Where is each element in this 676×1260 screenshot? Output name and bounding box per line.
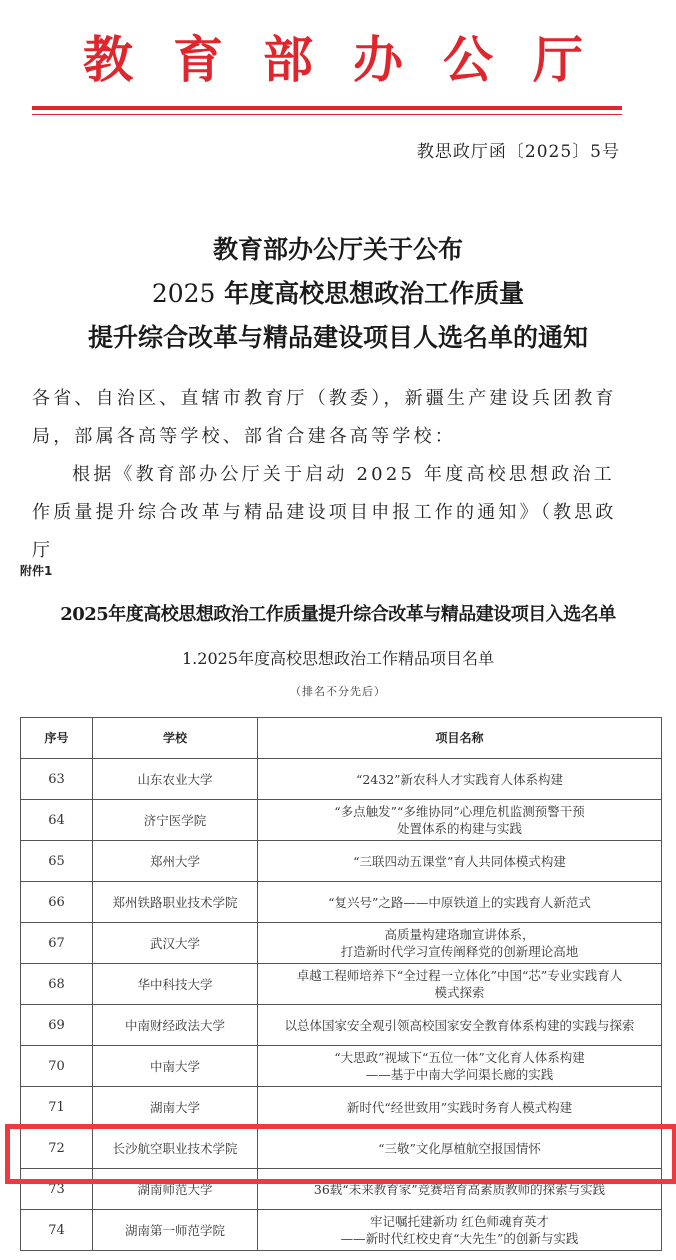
project-line: 高质量构建珞珈宣讲体系， (262, 926, 657, 943)
project-line: “多点触发”“多维协同”心理危机监测预警干预 (262, 803, 657, 820)
notice-body: 各省、自治区、直辖市教育厅（教委），新疆生产建设兵团教育局，部属各高等学校、部省… (32, 380, 622, 570)
project-line: 牢记嘱托建新功 红色师魂育英才 (262, 1213, 657, 1230)
row-school: 湖南师范大学 (93, 1169, 258, 1210)
title-year: 2025 (152, 279, 216, 308)
row-number: 69 (21, 1005, 93, 1046)
header-number: 序号 (21, 718, 93, 759)
title-line-2: 2025 年度高校思想政治工作质量 (0, 272, 676, 316)
body-paragraph: 根据《教育部办公厅关于启动 2025 年度高校思想政治工作质量提升综合改革与精品… (32, 456, 622, 570)
project-line: 打造新时代学习宣传阐释党的创新理论高地 (262, 943, 657, 960)
masthead-rule-thin (32, 114, 622, 115)
row-number: 67 (21, 923, 93, 964)
project-line: 新时代“经世致用”实践时务育人模式构建 (262, 1099, 657, 1116)
project-line: 36载“未来教育家”竞赛培育高素质教师的探索与实践 (262, 1181, 657, 1198)
masthead-rule-thick (32, 106, 622, 110)
project-line: “三敬”文化厚植航空报国情怀 (262, 1140, 657, 1157)
row-number: 73 (21, 1169, 93, 1210)
table-row: 67武汉大学高质量构建珞珈宣讲体系，打造新时代学习宣传阐释党的创新理论高地 (21, 923, 662, 964)
row-project: “2432”新农科人才实践育人体系构建 (258, 759, 662, 800)
row-project: “复兴号”之路——中原铁道上的实践育人新范式 (258, 882, 662, 923)
table-row: 64济宁医学院“多点触发”“多维协同”心理危机监测预警干预处置体系的构建与实践 (21, 800, 662, 841)
table-row: 71湖南大学新时代“经世致用”实践时务育人模式构建 (21, 1087, 662, 1128)
project-line: 卓越工程师培养下“全过程一立体化”中国“芯”专业实践育人 (262, 967, 657, 984)
masthead-title: 教育部办公厅 (0, 30, 676, 90)
row-project: 以总体国家安全观引领高校国家安全教育体系构建的实践与探索 (258, 1005, 662, 1046)
row-school: 郑州大学 (93, 841, 258, 882)
row-number: 66 (21, 882, 93, 923)
row-school: 长沙航空职业技术学院 (93, 1128, 258, 1169)
row-number: 68 (21, 964, 93, 1005)
row-school: 华中科技大学 (93, 964, 258, 1005)
row-project: 高质量构建珞珈宣讲体系，打造新时代学习宣传阐释党的创新理论高地 (258, 923, 662, 964)
row-project: “大思政”视域下“五位一体”文化育人体系构建——基于中南大学问渠长廊的实践 (258, 1046, 662, 1087)
attachment-subtitle: 1.2025年度高校思想政治工作精品项目名单 (0, 646, 676, 669)
project-line: ——基于中南大学问渠长廊的实践 (262, 1066, 657, 1083)
row-project: 卓越工程师培养下“全过程一立体化”中国“芯”专业实践育人模式探索 (258, 964, 662, 1005)
row-number: 65 (21, 841, 93, 882)
row-number: 72 (21, 1128, 93, 1169)
table-row: 63山东农业大学“2432”新农科人才实践育人体系构建 (21, 759, 662, 800)
table-row: 73湖南师范大学36载“未来教育家”竞赛培育高素质教师的探索与实践 (21, 1169, 662, 1210)
row-school: 湖南大学 (93, 1087, 258, 1128)
table-header-row: 序号 学校 项目名称 (21, 718, 662, 759)
table-row: 66郑州铁路职业技术学院“复兴号”之路——中原铁道上的实践育人新范式 (21, 882, 662, 923)
notice-title: 教育部办公厅关于公布 2025 年度高校思想政治工作质量 提升综合改革与精品建设… (0, 228, 676, 360)
project-line: 模式探索 (262, 984, 657, 1001)
table-row-highlighted: 72长沙航空职业技术学院“三敬”文化厚植航空报国情怀 (21, 1128, 662, 1169)
header-school: 学校 (93, 718, 258, 759)
addressee: 各省、自治区、直辖市教育厅（教委），新疆生产建设兵团教育局，部属各高等学校、部省… (32, 380, 622, 456)
project-line: “复兴号”之路——中原铁道上的实践育人新范式 (262, 894, 657, 911)
title-line-1: 教育部办公厅关于公布 (0, 228, 676, 272)
row-school: 济宁医学院 (93, 800, 258, 841)
table-row: 70中南大学“大思政”视域下“五位一体”文化育人体系构建——基于中南大学问渠长廊… (21, 1046, 662, 1087)
project-line: “三联四动五课堂”育人共同体模式构建 (262, 853, 657, 870)
row-number: 63 (21, 759, 93, 800)
row-school: 中南财经政法大学 (93, 1005, 258, 1046)
project-line: “2432”新农科人才实践育人体系构建 (262, 771, 657, 788)
row-project: “三联四动五课堂”育人共同体模式构建 (258, 841, 662, 882)
project-line: 处置体系的构建与实践 (262, 820, 657, 837)
title-line-2-text: 年度高校思想政治工作质量 (215, 279, 524, 308)
title-line-3: 提升综合改革与精品建设项目人选名单的通知 (0, 316, 676, 360)
row-school: 山东农业大学 (93, 759, 258, 800)
row-project: 36载“未来教育家”竞赛培育高素质教师的探索与实践 (258, 1169, 662, 1210)
row-school: 郑州铁路职业技术学院 (93, 882, 258, 923)
project-line: ——新时代红校史育“大先生”的创新与实践 (262, 1230, 657, 1247)
row-project: “三敬”文化厚植航空报国情怀 (258, 1128, 662, 1169)
row-school: 武汉大学 (93, 923, 258, 964)
row-school: 中南大学 (93, 1046, 258, 1087)
row-project: 牢记嘱托建新功 红色师魂育英才——新时代红校史育“大先生”的创新与实践 (258, 1210, 662, 1251)
row-project: 新时代“经世致用”实践时务育人模式构建 (258, 1087, 662, 1128)
table-row: 65郑州大学“三联四动五课堂”育人共同体模式构建 (21, 841, 662, 882)
project-line: “大思政”视域下“五位一体”文化育人体系构建 (262, 1049, 657, 1066)
row-number: 74 (21, 1210, 93, 1251)
row-number: 71 (21, 1087, 93, 1128)
ranking-note: （排名不分先后） (0, 683, 676, 699)
table-row: 68华中科技大学卓越工程师培养下“全过程一立体化”中国“芯”专业实践育人模式探索 (21, 964, 662, 1005)
table-row: 69中南财经政法大学以总体国家安全观引领高校国家安全教育体系构建的实践与探索 (21, 1005, 662, 1046)
attachment-title: 2025年度高校思想政治工作质量提升综合改革与精品建设项目入选名单 (0, 600, 676, 626)
row-project: “多点触发”“多维协同”心理危机监测预警干预处置体系的构建与实践 (258, 800, 662, 841)
row-number: 64 (21, 800, 93, 841)
header-project: 项目名称 (258, 718, 662, 759)
table-row: 74湖南第一师范学院牢记嘱托建新功 红色师魂育英才——新时代红校史育“大先生”的… (21, 1210, 662, 1251)
document-number: 教思政厅函〔2025〕5号 (417, 137, 620, 162)
project-line: 以总体国家安全观引领高校国家安全教育体系构建的实践与探索 (262, 1017, 657, 1034)
project-table: 序号 学校 项目名称 63山东农业大学“2432”新农科人才实践育人体系构建64… (20, 717, 662, 1251)
attachment-label: 附件1 (20, 562, 52, 579)
row-school: 湖南第一师范学院 (93, 1210, 258, 1251)
row-number: 70 (21, 1046, 93, 1087)
